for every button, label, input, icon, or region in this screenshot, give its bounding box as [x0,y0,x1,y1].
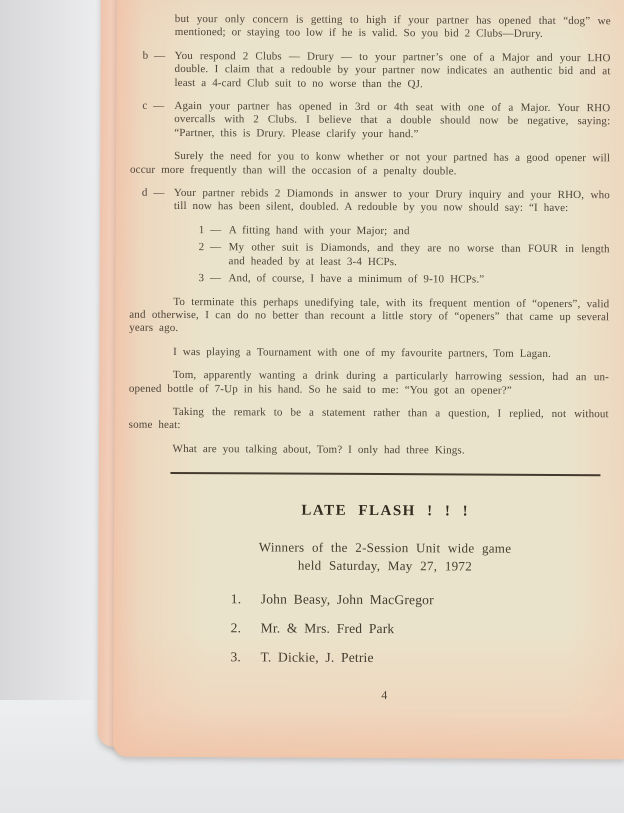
closing-paragraph-1: To terminate this perhaps unedifying tal… [129,295,609,338]
closing-paragraph-5: What are you talking about, Tom? I only … [129,442,609,458]
item-c-marker: c — [142,100,164,114]
lettered-item-c: c — Again your partner has opened in 3rd… [130,100,610,143]
late-flash-subtitle: Winners of the 2-Session Unit wide game … [162,537,608,575]
winner-1-rank: 1. [231,592,242,605]
late-flash-section: LATE FLASH ! ! ! Winners of the 2-Sessio… [161,504,608,703]
late-flash-subtitle-line2: held Saturday, May 27, 1972 [162,555,608,575]
page-number: 4 [161,688,607,704]
winners-list: 1. John Beasy, John MacGregor 2. Mr. & M… [161,591,607,666]
late-flash-title: LATE FLASH ! ! ! [162,504,608,520]
lettered-item-d: d — Your partner rebids 2 Diamonds in an… [130,187,610,216]
numbered-subitem-1: 1 — A fitting hand with your Major; and [130,224,610,240]
subitem-3-marker: 3 — [198,272,221,286]
winner-3-rank: 3. [230,651,241,664]
surely-paragraph: Surely the need for you to konw whether … [130,150,610,179]
winner-2-rank: 2. [231,621,242,634]
winner-1-names: John Beasy, John MacGregor [261,591,434,607]
continuation-paragraph: but your only concern is getting to high… [175,13,611,42]
lettered-item-b: b — You respond 2 Clubs — Drury — to you… [130,50,610,93]
winner-3-names: T. Dickie, J. Petrie [260,650,373,666]
subitem-3-text: And, of course, I have a minimum of 9-10… [228,272,484,285]
horizontal-rule [170,472,600,476]
subitem-1-marker: 1 — [199,224,222,238]
item-d-text: Your partner rebids 2 Diamonds in answer… [174,187,610,214]
item-b-text: You respond 2 Clubs — Drury — to your pa… [174,50,610,90]
page-text-column: but your only concern is getting to high… [127,13,611,704]
numbered-subitem-2: 2 — My other suit is Diamonds, and they … [130,241,610,270]
winner-row-2: 2. Mr. & Mrs. Fred Park [162,621,608,637]
closing-paragraph-2: I was playing a Tournament with one of m… [129,345,609,361]
closing-paragraph-3: Tom, apparently wanting a drink during a… [129,369,609,398]
subitem-1-text: A fitting hand with your Major; and [229,224,410,237]
winner-row-3: 3. T. Dickie, J. Petrie [161,650,607,666]
subitem-2-marker: 2 — [199,241,222,255]
winner-row-1: 1. John Beasy, John MacGregor [162,591,608,607]
scanned-page: but your only concern is getting to high… [113,0,624,759]
item-c-text: Again your partner has opened in 3rd or … [174,100,610,140]
late-flash-subtitle-line1: Winners of the 2-Session Unit wide game [162,537,608,557]
winner-2-names: Mr. & Mrs. Fred Park [261,620,395,636]
scanned-document-scene: but your only concern is getting to high… [0,0,624,813]
numbered-subitem-3: 3 — And, of course, I have a minimum of … [129,272,609,288]
item-d-marker: d — [142,187,165,201]
subitem-2-text: My other suit is Diamonds, and they are … [229,242,610,268]
item-b-marker: b — [143,50,166,64]
closing-paragraph-4: Taking the remark to be a statement rath… [129,406,609,435]
